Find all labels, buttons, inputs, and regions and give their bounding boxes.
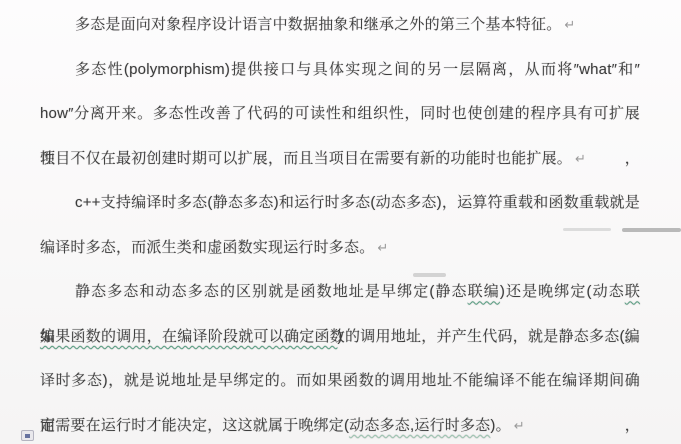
spellcheck-underlined-text: 动态多态,运行时多态 — [349, 417, 490, 434]
object-marker-glyph — [25, 434, 30, 438]
paragraph-mark-icon: ↵ — [514, 418, 525, 433]
para-3-line-2: 编译时多态，而派生类和虚函数实现运行时多态。↵ — [40, 226, 640, 271]
text-run: )还是晚绑定(动态 — [500, 283, 625, 300]
paragraph-mark-icon: ↵ — [564, 17, 575, 32]
para-1-line-1: 多态是面向对象程序设计语言中数据抽象和继承之外的第三个基本特征。↵ — [40, 3, 640, 48]
para-2-line-3: 项目不仅在最初创建时期可以扩展，而且当项目在需要有新的功能时也能扩展。↵ — [40, 137, 640, 182]
text-run: c++支持编译时多态(静态多态)和运行时多态(动态多态)，运算符重载和函数重载就… — [75, 194, 640, 211]
object-marker-icon[interactable] — [21, 430, 34, 441]
text-run: 多态是面向对象程序设计语言中数据抽象和继承之外的第三个基本特征。 — [75, 16, 561, 33]
text-run: )。 — [490, 417, 510, 434]
text-run: 而需要在运行时才能决定，这这就属于晚绑定( — [40, 417, 349, 434]
paragraph-mark-icon: ↵ — [575, 151, 586, 166]
text-run: 静态多态和动态多态的区别就是函数地址是早绑定(静态 — [75, 283, 468, 300]
photo-artifact-streak — [622, 228, 681, 232]
para-4-line-2: 如果函数的调用，在编译阶段就可以确定函数的调用地址，并产生代码，就是静态多态(编 — [40, 315, 640, 360]
document-page: 多态是面向对象程序设计语言中数据抽象和继承之外的第三个基本特征。↵ 多态性(po… — [40, 3, 640, 444]
text-run: 如果函数的调用，在编译阶段就可以确定函数的调用地址，并产生代码，就是静态多态(编 — [40, 328, 640, 345]
text-run: 项目不仅在最初创建时期可以扩展，而且当项目在需要有新的功能时也能扩展。 — [40, 150, 572, 167]
paragraph-mark-icon: ↵ — [377, 240, 388, 255]
text-run: 多态性(polymorphism)提供接口与具体实现之间的另一层隔离，从而将″w… — [75, 61, 640, 78]
para-4-line-1: 静态多态和动态多态的区别就是函数地址是早绑定(静态联编)还是晚绑定(动态联编)。 — [40, 270, 640, 315]
text-run: 编译时多态，而派生类和虚函数实现运行时多态。 — [40, 239, 374, 256]
spellcheck-underlined-text: 联编 — [468, 283, 500, 300]
para-2-line-1: 多态性(polymorphism)提供接口与具体实现之间的另一层隔离，从而将″w… — [40, 48, 640, 93]
photo-artifact-streak — [563, 228, 611, 231]
para-2-line-2: how″分离开来。多态性改善了代码的可读性和组织性，同时也使创建的程序具有可扩展… — [40, 92, 640, 137]
para-4-line-3: 译时多态)，就是说地址是早绑定的。而如果函数的调用地址不能编译不能在编译期间确定… — [40, 359, 640, 404]
photo-artifact-streak — [413, 273, 446, 277]
para-3-line-1: c++支持编译时多态(静态多态)和运行时多态(动态多态)，运算符重载和函数重载就… — [40, 181, 640, 226]
